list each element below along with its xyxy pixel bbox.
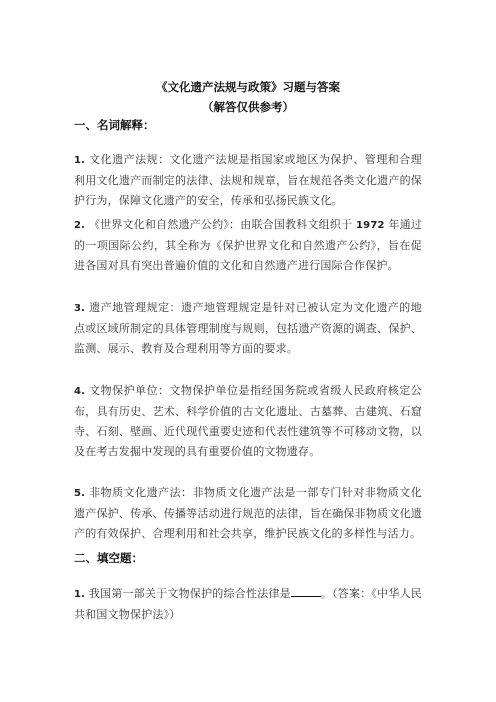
item-number: 1. bbox=[74, 155, 85, 166]
definition-item-3: 3. 遗产地管理规定：遗产地管理规定是针对已被认定为文化遗产的地点或区域所制定的… bbox=[74, 298, 422, 359]
item-number: 2. bbox=[74, 220, 85, 231]
item-text: 文物保护单位：文物保护单位是指经国务院或省级人民政府核定公布，具有历史、艺术、科… bbox=[74, 384, 422, 458]
definition-item-5: 5. 非物质文化遗产法：非物质文化遗产法是一部专门针对非物质文化遗产保护、传承、… bbox=[74, 483, 422, 544]
item-text: 遗产地管理规定：遗产地管理规定是针对已被认定为文化遗产的地点或区域所制定的具体管… bbox=[74, 301, 422, 355]
definition-item-4: 4. 文物保护单位：文物保护单位是指经国务院或省级人民政府核定公布，具有历史、艺… bbox=[74, 381, 422, 462]
answer-blank bbox=[291, 585, 321, 597]
item-number: 1. bbox=[74, 589, 85, 600]
document-title: 《文化遗产法规与政策》习题与答案 bbox=[0, 79, 496, 95]
item-number: 5. bbox=[74, 488, 85, 499]
item-text: 文化遗产法规：文化遗产法规是指国家或地区为保护、管理和合理利用文化遗产而制定的法… bbox=[74, 153, 422, 207]
document-page: 《文化遗产法规与政策》习题与答案 （解答仅供参考） 一、名词解释： 1. 文化遗… bbox=[0, 0, 496, 702]
section-heading-fill-in: 二、填空题： bbox=[74, 550, 143, 566]
section-heading-definitions: 一、名词解释： bbox=[74, 117, 155, 133]
definition-item-2: 2. 《世界文化和自然遗产公约》：由联合国教科文组织于 1972 年通过的一项国… bbox=[74, 215, 422, 276]
item-number: 4. bbox=[74, 386, 85, 397]
item-text-before-year: 《世界文化和自然遗产公约》：由联合国教科文组织于 bbox=[89, 218, 352, 231]
definition-item-1: 1. 文化遗产法规：文化遗产法规是指国家或地区为保护、管理和合理利用文化遗产而制… bbox=[74, 150, 422, 211]
item-text: 非物质文化遗产法：非物质文化遗产法是一部专门针对非物质文化遗产保护、传承、传播等… bbox=[74, 486, 422, 540]
document-subtitle: （解答仅供参考） bbox=[0, 99, 496, 115]
item-text-before-blank: 我国第一部关于文物保护的综合性法律是 bbox=[89, 587, 291, 600]
item-number: 3. bbox=[74, 303, 85, 314]
fill-in-item-1: 1. 我国第一部关于文物保护的综合性法律是。（答案：《中华人民共和国文物保护法》… bbox=[74, 584, 422, 625]
item-year: 1972 bbox=[356, 220, 385, 231]
